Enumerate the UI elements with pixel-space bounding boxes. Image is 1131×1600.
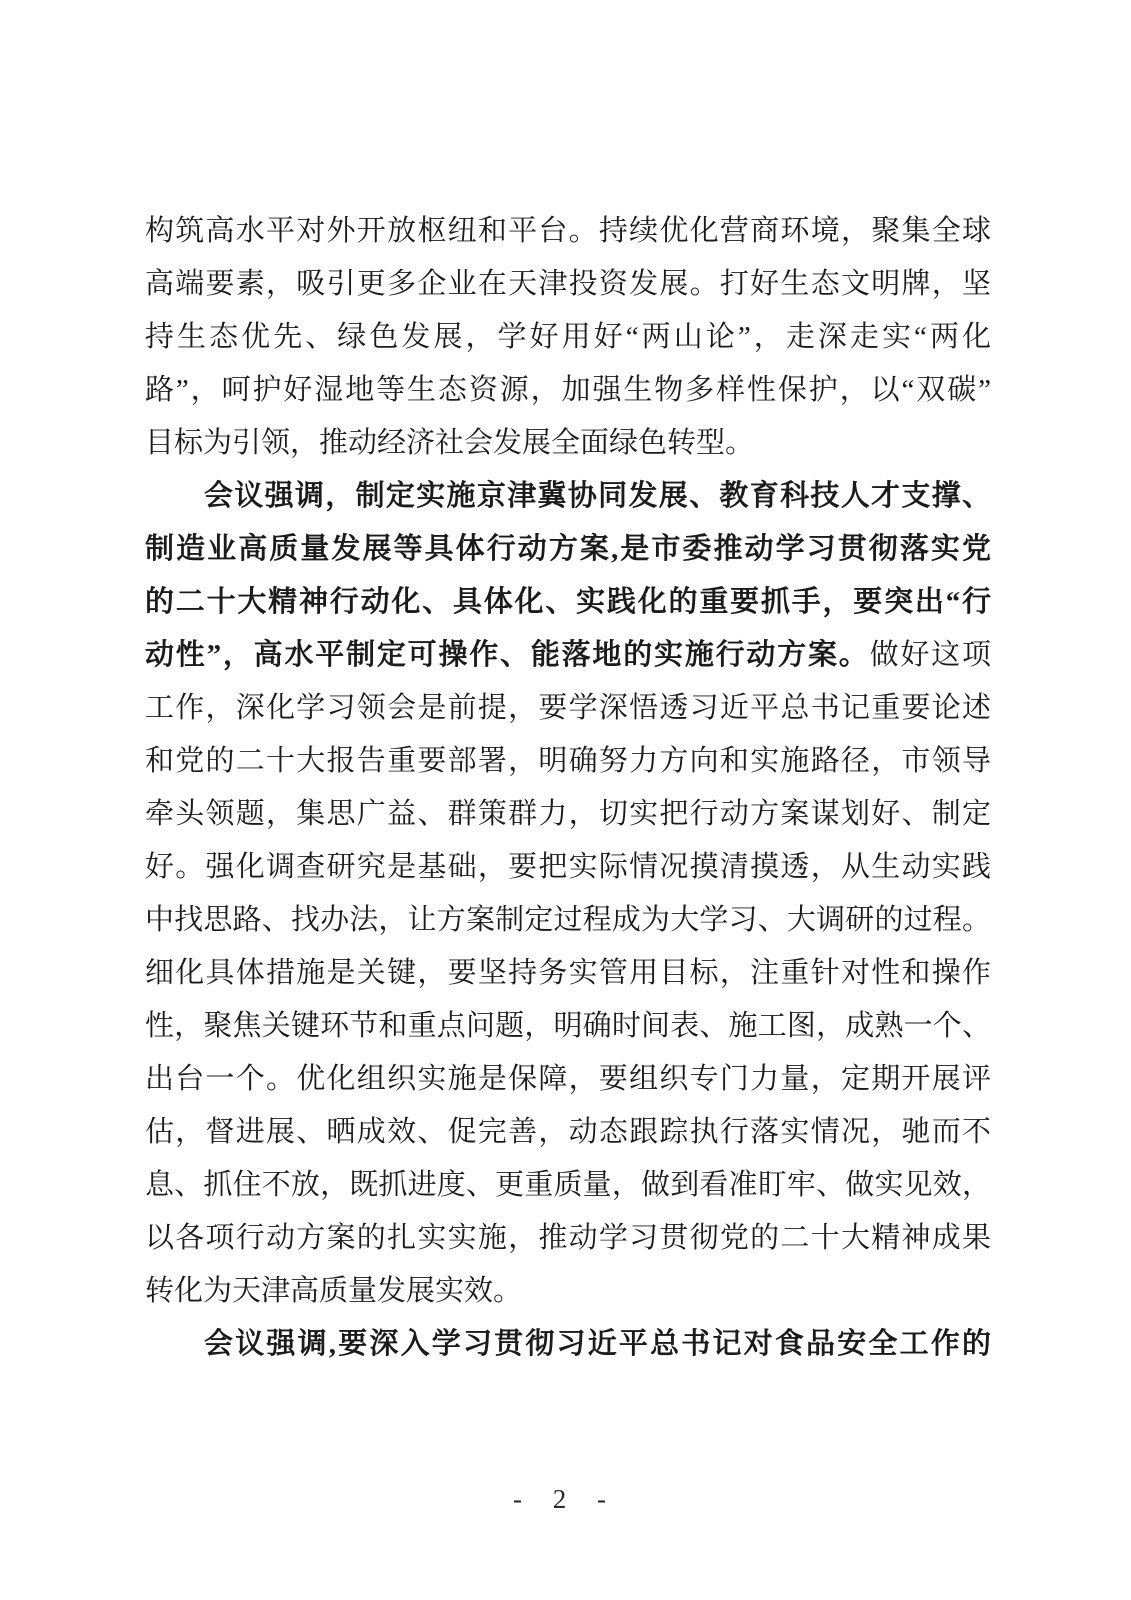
text-line: 动性”，高水平制定可操作、能落地的实施行动方案。做好这项 [145,629,991,682]
bold-text-segment: 制造业高质量发展等具体行动方案,是市委推动学习贯彻落实党 [145,533,991,565]
text-line: 以各项行动方案的扎实实施，推动学习贯彻党的二十大精神成果 [145,1212,991,1265]
text-line: 牵头领题，集思广益、群策群力，切实把行动方案谋划好、制定 [145,788,991,841]
text-segment: 以各项行动方案的扎实实施，推动学习贯彻党的二十大精神成果 [145,1222,991,1254]
text-line: 工作，深化学习领会是前提，要学深悟透习近平总书记重要论述 [145,682,991,735]
document-page: 构筑高水平对外开放枢纽和平台。持续优化营商环境，聚集全球高端要素，吸引更多企业在… [0,0,1131,1600]
text-line: 中找思路、找办法，让方案制定过程成为大学习、大调研的过程。 [145,894,991,947]
text-segment: 高端要素，吸引更多企业在天津投资发展。打好生态文明牌，坚 [145,268,991,300]
paragraph: 构筑高水平对外开放枢纽和平台。持续优化营商环境，聚集全球高端要素，吸引更多企业在… [145,205,991,470]
text-segment: 牵头领题，集思广益、群策群力，切实把行动方案谋划好、制定 [145,798,991,830]
text-segment: 路”，呵护好湿地等生态资源，加强生物多样性保护，以“双碳” [145,374,991,406]
bold-text-segment: 动性”，高水平制定可操作、能落地的实施行动方案。 [145,639,870,671]
text-line: 转化为天津高质量发展实效。 [145,1265,991,1318]
text-line: 制造业高质量发展等具体行动方案,是市委推动学习贯彻落实党 [145,523,991,576]
text-segment: 目标为引领，推动经济社会发展全面绿色转型。 [145,427,754,459]
text-segment: 转化为天津高质量发展实效。 [145,1275,522,1307]
paragraph: 会议强调，制定实施京津冀协同发展、教育科技人才支撑、制造业高质量发展等具体行动方… [145,470,991,1318]
text-line: 细化具体措施是关键，要坚持务实管用目标，注重针对性和操作 [145,947,991,1000]
text-line: 和党的二十大报告重要部署，明确努力方向和实施路径，市领导 [145,735,991,788]
text-line: 性，聚焦关键环节和重点问题，明确时间表、施工图，成熟一个、 [145,1000,991,1053]
text-segment: 估，督进展、晒成效、促完善，动态跟踪执行落实情况，驰而不 [145,1116,991,1148]
text-segment: 持生态优先、绿色发展，学好用好“两山论”，走深走实“两化 [145,321,991,353]
text-line: 持生态优先、绿色发展，学好用好“两山论”，走深走实“两化 [145,311,991,364]
text-segment: 工作，深化学习领会是前提，要学深悟透习近平总书记重要论述 [145,692,991,724]
text-segment: 中找思路、找办法，让方案制定过程成为大学习、大调研的过程。 [145,904,991,936]
page-footer: - 2 - [0,1477,1131,1521]
text-segment: 构筑高水平对外开放枢纽和平台。持续优化营商环境，聚集全球 [145,215,991,247]
text-segment: 细化具体措施是关键，要坚持务实管用目标，注重针对性和操作 [145,957,991,989]
text-line: 出台一个。优化组织实施是保障，要组织专门力量，定期开展评 [145,1053,991,1106]
text-line: 估，督进展、晒成效、促完善，动态跟踪执行落实情况，驰而不 [145,1106,991,1159]
text-segment: 息、抓住不放，既抓进度、更重质量，做到看准盯牢、做实见效， [145,1169,991,1201]
text-line: 路”，呵护好湿地等生态资源，加强生物多样性保护，以“双碳” [145,364,991,417]
text-segment: 做好这项 [870,639,991,671]
paragraph: 会议强调,要深入学习贯彻习近平总书记对食品安全工作的 [145,1318,991,1371]
document-body: 构筑高水平对外开放枢纽和平台。持续优化营商环境，聚集全球高端要素，吸引更多企业在… [145,205,991,1371]
bold-text-segment: 会议强调，制定实施京津冀协同发展、教育科技人才支撑、 [204,480,991,512]
text-segment: 好。强化调查研究是基础，要把实际情况摸清摸透，从生动实践 [145,851,991,883]
text-line: 会议强调,要深入学习贯彻习近平总书记对食品安全工作的 [145,1318,991,1371]
text-line: 目标为引领，推动经济社会发展全面绿色转型。 [145,417,991,470]
text-line: 的二十大精神行动化、具体化、实践化的重要抓手，要突出“行 [145,576,991,629]
text-line: 息、抓住不放，既抓进度、更重质量，做到看准盯牢、做实见效， [145,1159,991,1212]
bold-text-segment: 的二十大精神行动化、具体化、实践化的重要抓手，要突出“行 [145,586,991,618]
text-line: 会议强调，制定实施京津冀协同发展、教育科技人才支撑、 [145,470,991,523]
text-line: 高端要素，吸引更多企业在天津投资发展。打好生态文明牌，坚 [145,258,991,311]
text-line: 好。强化调查研究是基础，要把实际情况摸清摸透，从生动实践 [145,841,991,894]
text-segment: 出台一个。优化组织实施是保障，要组织专门力量，定期开展评 [145,1063,991,1095]
page-number: - 2 - [513,1484,618,1514]
bold-text-segment: 会议强调,要深入学习贯彻习近平总书记对食品安全工作的 [204,1328,991,1360]
text-line: 构筑高水平对外开放枢纽和平台。持续优化营商环境，聚集全球 [145,205,991,258]
text-segment: 性，聚焦关键环节和重点问题，明确时间表、施工图，成熟一个、 [145,1010,991,1042]
text-segment: 和党的二十大报告重要部署，明确努力方向和实施路径，市领导 [145,745,991,777]
